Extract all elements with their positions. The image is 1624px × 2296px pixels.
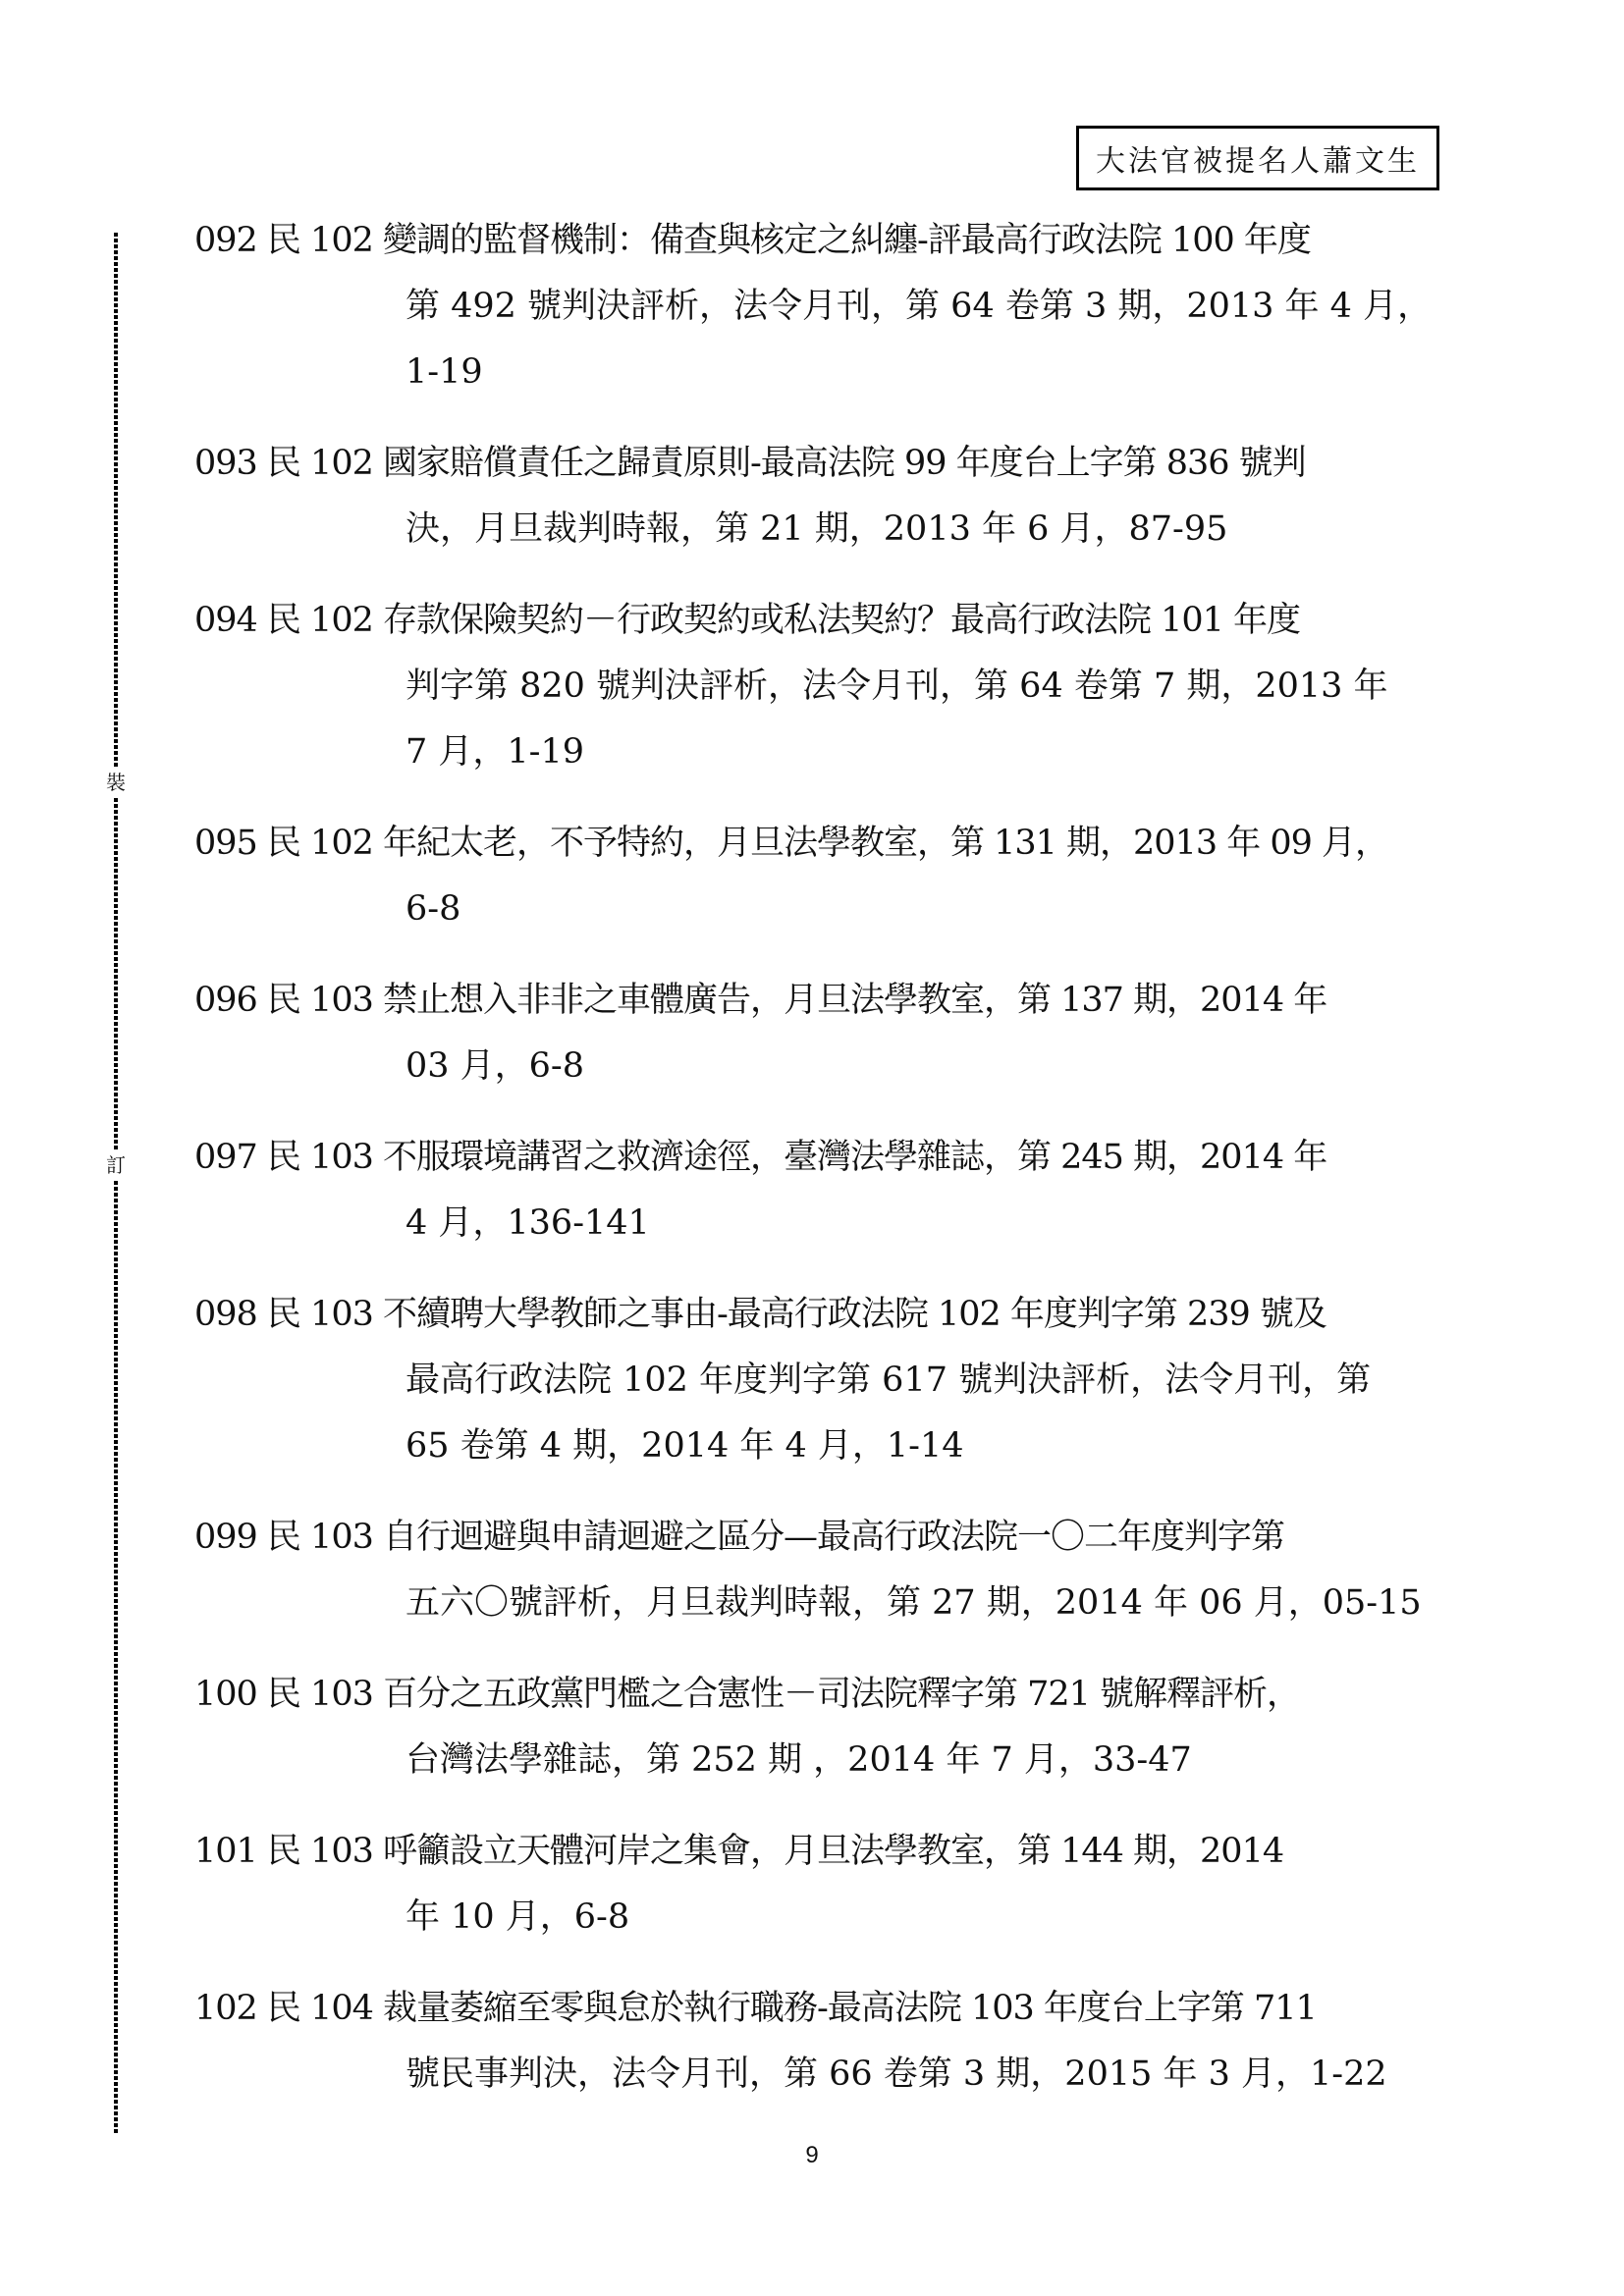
- entry-line: 094 民 102 存款保險契約－行政契約或私法契約？最高行政法院 101 年度: [194, 588, 1439, 654]
- publication-entry-094: 094 民 102 存款保險契約－行政契約或私法契約？最高行政法院 101 年度…: [194, 588, 1439, 785]
- entry-line: 102 民 104 裁量萎縮至零與怠於執行職務-最高法院 103 年度台上字第 …: [194, 1976, 1439, 2042]
- binding-mark-ding: 訂: [101, 1150, 131, 1180]
- entry-line: 097 民 103 不服環境講習之救濟途徑，臺灣法學雜誌，第 245 期，201…: [194, 1125, 1439, 1191]
- entry-line: 決，月旦裁判時報，第 21 期，2013 年 6 月，87-95: [194, 497, 1439, 562]
- entry-line: 4 月，136-141: [194, 1191, 1439, 1256]
- publication-entry-099: 099 民 103 自行迴避與申請迴避之區分—最高行政法院一〇二年度判字第 五六…: [194, 1505, 1439, 1636]
- entry-line: 098 民 103 不續聘大學教師之事由-最高行政法院 102 年度判字第 23…: [194, 1282, 1439, 1348]
- entry-line: 096 民 103 禁止想入非非之車體廣告，月旦法學教室，第 137 期，201…: [194, 968, 1439, 1034]
- publication-entry-096: 096 民 103 禁止想入非非之車體廣告，月旦法學教室，第 137 期，201…: [194, 968, 1439, 1099]
- entry-line: 台灣法學雜誌，第 252 期 ，2014 年 7 月，33-47: [194, 1728, 1439, 1793]
- entry-line: 1-19: [194, 340, 1439, 405]
- entry-line: 第 492 號判決評析，法令月刊，第 64 卷第 3 期，2013 年 4 月，: [194, 274, 1439, 340]
- publication-entry-100: 100 民 103 百分之五政黨門檻之合憲性－司法院釋字第 721 號解釋評析，…: [194, 1662, 1439, 1793]
- entry-line: 號民事判決，法令月刊，第 66 卷第 3 期，2015 年 3 月，1-22: [194, 2042, 1439, 2108]
- entry-line: 101 民 103 呼籲設立天體河岸之集會，月旦法學教室，第 144 期，201…: [194, 1819, 1439, 1885]
- entry-line: 099 民 103 自行迴避與申請迴避之區分—最高行政法院一〇二年度判字第: [194, 1505, 1439, 1571]
- publication-entry-092: 092 民 102 變調的監督機制：備查與核定之糾纏-評最高行政法院 100 年…: [194, 208, 1439, 405]
- publication-entry-095: 095 民 102 年紀太老，不予特約，月旦法學教室，第 131 期，2013 …: [194, 811, 1439, 942]
- entry-line: 092 民 102 變調的監督機制：備查與核定之糾纏-評最高行政法院 100 年…: [194, 208, 1439, 274]
- entry-line: 093 民 102 國家賠償責任之歸責原則-最高法院 99 年度台上字第 836…: [194, 431, 1439, 497]
- entry-line: 6-8: [194, 877, 1439, 942]
- nominee-header-title: 大法官被提名人蕭文生: [1096, 136, 1420, 180]
- page-number: 9: [0, 2142, 1624, 2169]
- publication-entry-102: 102 民 104 裁量萎縮至零與怠於執行職務-最高法院 103 年度台上字第 …: [194, 1976, 1439, 2108]
- binding-mark-zhuang: 裝: [101, 768, 131, 797]
- entry-line: 100 民 103 百分之五政黨門檻之合憲性－司法院釋字第 721 號解釋評析，: [194, 1662, 1439, 1728]
- publication-list: 092 民 102 變調的監督機制：備查與核定之糾纏-評最高行政法院 100 年…: [194, 208, 1439, 2133]
- entry-line: 03 月，6-8: [194, 1034, 1439, 1099]
- entry-line: 65 卷第 4 期，2014 年 4 月，1-14: [194, 1414, 1439, 1479]
- entry-line: 年 10 月，6-8: [194, 1885, 1439, 1950]
- publication-entry-093: 093 民 102 國家賠償責任之歸責原則-最高法院 99 年度台上字第 836…: [194, 431, 1439, 562]
- entry-line: 095 民 102 年紀太老，不予特約，月旦法學教室，第 131 期，2013 …: [194, 811, 1439, 877]
- publication-entry-101: 101 民 103 呼籲設立天體河岸之集會，月旦法學教室，第 144 期，201…: [194, 1819, 1439, 1950]
- publication-entry-097: 097 民 103 不服環境講習之救濟途徑，臺灣法學雜誌，第 245 期，201…: [194, 1125, 1439, 1256]
- entry-line: 五六〇號評析，月旦裁判時報，第 27 期，2014 年 06 月，05-15: [194, 1571, 1439, 1636]
- binding-dotted-line: [114, 233, 118, 2133]
- entry-line: 判字第 820 號判決評析，法令月刊，第 64 卷第 7 期，2013 年: [194, 654, 1439, 720]
- nominee-header-box: 大法官被提名人蕭文生: [1076, 126, 1439, 190]
- publication-entry-098: 098 民 103 不續聘大學教師之事由-最高行政法院 102 年度判字第 23…: [194, 1282, 1439, 1479]
- entry-line: 7 月，1-19: [194, 720, 1439, 785]
- entry-line: 最高行政法院 102 年度判字第 617 號判決評析，法令月刊，第: [194, 1348, 1439, 1414]
